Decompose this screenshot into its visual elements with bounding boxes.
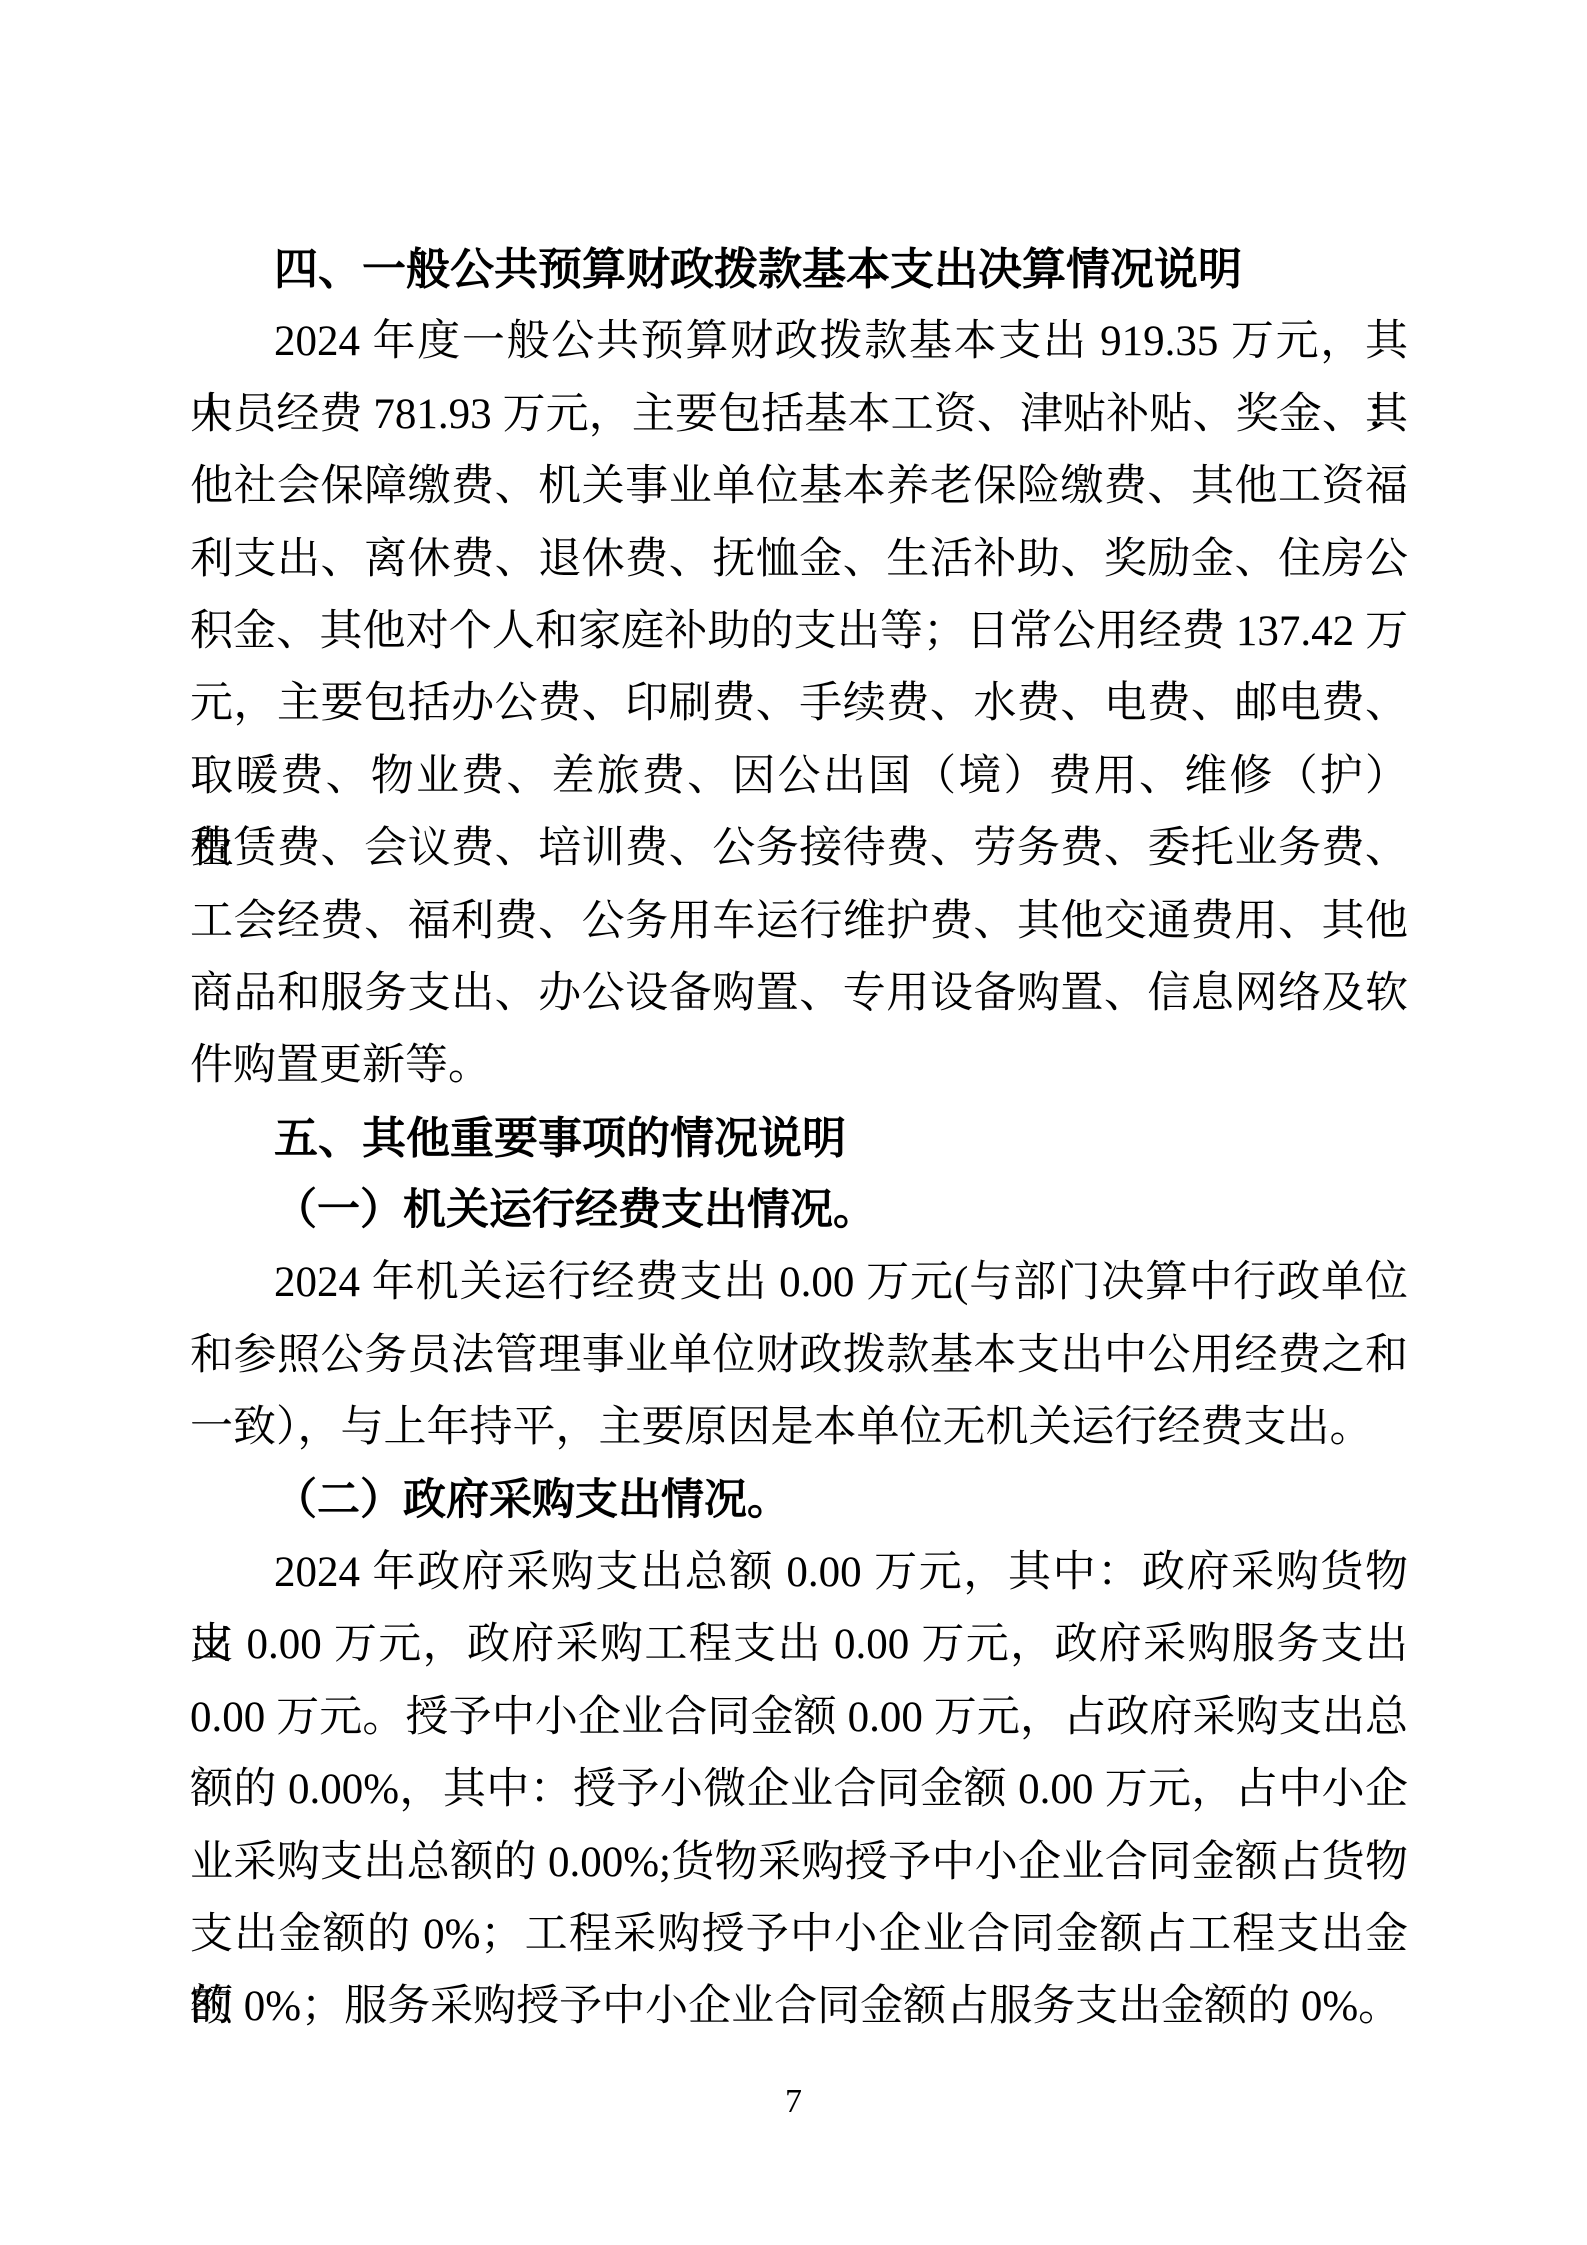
paragraph-1-line: 元，主要包括办公费、印刷费、手续费、水费、电费、邮电费、 xyxy=(190,668,1408,740)
paragraph-3-line: 2024 年政府采购支出总额 0.00 万元，其中：政府采购货物支 xyxy=(190,1537,1408,1609)
paragraph-3-line: 出 0.00 万元，政府采购工程支出 0.00 万元，政府采购服务支出 xyxy=(190,1609,1408,1681)
subsection-1-heading: （一）机关运行经费支出情况。 xyxy=(190,1175,1408,1247)
page-number: 7 xyxy=(0,2082,1587,2122)
paragraph-2-line: 2024 年机关运行经费支出 0.00 万元(与部门决算中行政单位 xyxy=(190,1247,1408,1319)
paragraph-1-line: 件购置更新等。 xyxy=(190,1030,1408,1102)
document-page: 四、一般公共预算财政拨款基本支出决算情况说明 2024 年度一般公共预算财政拨款… xyxy=(0,0,1587,2245)
paragraph-3-line: 额的 0.00%，其中：授予小微企业合同金额 0.00 万元，占中小企 xyxy=(190,1754,1408,1826)
paragraph-1-line: 取暖费、物业费、差旅费、因公出国（境）费用、维修（护）费、 xyxy=(190,741,1408,813)
section-4-heading: 四、一般公共预算财政拨款基本支出决算情况说明 xyxy=(190,234,1408,306)
paragraph-1-line: 积金、其他对个人和家庭补助的支出等；日常公用经费 137.42 万 xyxy=(190,596,1408,668)
paragraph-1-line: 人员经费 781.93 万元，主要包括基本工资、津贴补贴、奖金、其 xyxy=(190,379,1408,451)
paragraph-1-line: 租赁费、会议费、培训费、公务接待费、劳务费、委托业务费、 xyxy=(190,813,1408,885)
paragraph-3-line: 0.00 万元。授予中小企业合同金额 0.00 万元，占政府采购支出总 xyxy=(190,1682,1408,1754)
paragraph-3-line: 业采购支出总额的 0.00%;货物采购授予中小企业合同金额占货物 xyxy=(190,1827,1408,1899)
paragraph-3-line: 支出金额的 0%；工程采购授予中小企业合同金额占工程支出金额 xyxy=(190,1899,1408,1971)
paragraph-3-line: 的 0%；服务采购授予中小企业合同金额占服务支出金额的 0%。 xyxy=(190,1971,1408,2043)
section-5-heading: 五、其他重要事项的情况说明 xyxy=(190,1103,1408,1175)
document-body: 四、一般公共预算财政拨款基本支出决算情况说明 2024 年度一般公共预算财政拨款… xyxy=(190,234,1408,2044)
paragraph-1-line: 2024 年度一般公共预算财政拨款基本支出 919.35 万元，其中： xyxy=(190,306,1408,378)
paragraph-1-line: 工会经费、福利费、公务用车运行维护费、其他交通费用、其他 xyxy=(190,886,1408,958)
paragraph-1-line: 利支出、离休费、退休费、抚恤金、生活补助、奖励金、住房公 xyxy=(190,524,1408,596)
subsection-2-heading: （二）政府采购支出情况。 xyxy=(190,1465,1408,1537)
paragraph-1-line: 他社会保障缴费、机关事业单位基本养老保险缴费、其他工资福 xyxy=(190,451,1408,523)
paragraph-1-line: 商品和服务支出、办公设备购置、专用设备购置、信息网络及软 xyxy=(190,958,1408,1030)
paragraph-2-line: 一致），与上年持平，主要原因是本单位无机关运行经费支出。 xyxy=(190,1392,1408,1464)
paragraph-2-line: 和参照公务员法管理事业单位财政拨款基本支出中公用经费之和 xyxy=(190,1320,1408,1392)
